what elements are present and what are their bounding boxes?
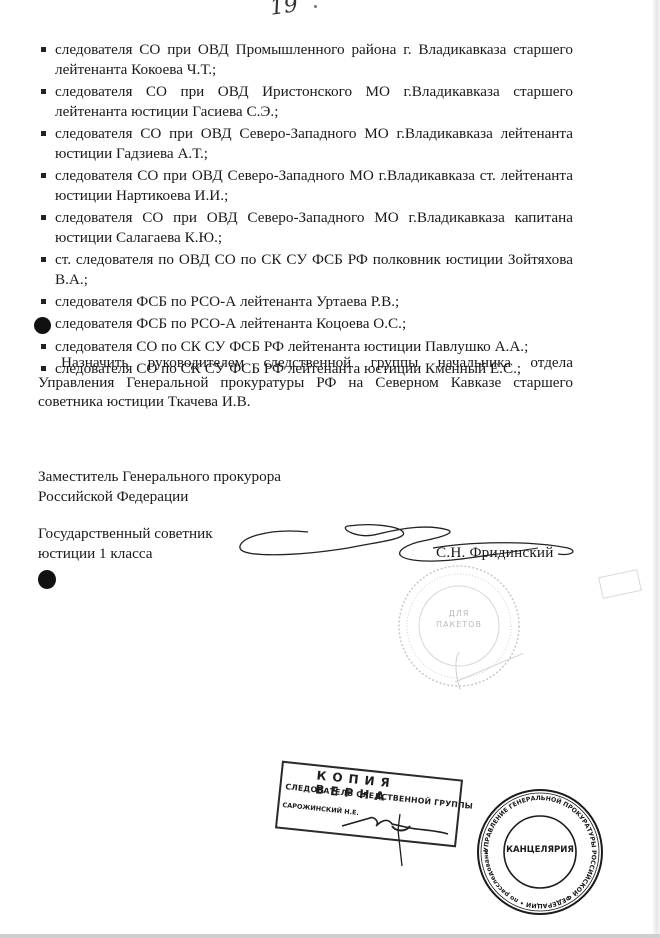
list-item: ст. следователя по ОВД СО по СК СУ ФСБ Р… xyxy=(38,250,573,289)
signatory-rank-line1: Государственный советник xyxy=(38,524,213,544)
bullet-icon xyxy=(41,257,46,262)
handwritten-page-number: 19 xyxy=(268,0,299,21)
signatory-title-line1: Заместитель Генерального прокурора xyxy=(38,467,281,487)
list-item-text: следователя СО при ОВД Северо-Западного … xyxy=(55,209,573,246)
list-item: следователя СО при ОВД Иристонского МО г… xyxy=(38,82,573,121)
signatory-title: Заместитель Генерального прокурора Росси… xyxy=(38,467,281,506)
investigator-list: следователя СО при ОВД Промышленного рай… xyxy=(38,40,573,381)
list-item: следователя ФСБ по РСО-А лейтенанта Коцо… xyxy=(38,314,573,334)
faint-rectangular-mark xyxy=(598,569,642,599)
faint-stamp-text: ДЛЯ ПАКЕТОВ xyxy=(395,608,523,630)
appointment-paragraph: Назначить руководителем следственной гру… xyxy=(38,353,573,412)
list-item-text: следователя СО при ОВД Северо-Западного … xyxy=(55,125,573,162)
list-item: следователя СО при ОВД Северо-Западного … xyxy=(38,208,573,247)
list-item: следователя СО при ОВД Промышленного рай… xyxy=(38,40,573,79)
chancellery-round-stamp: УПРАВЛЕНИЕ ГЕНЕРАЛЬНОЙ ПРОКУРАТУРЫ РОССИ… xyxy=(476,788,604,916)
bullet-icon xyxy=(41,344,46,349)
list-item-text: ст. следователя по ОВД СО по СК СУ ФСБ Р… xyxy=(55,251,573,288)
bullet-icon xyxy=(41,47,46,52)
faint-round-stamp: ДЛЯ ПАКЕТОВ xyxy=(395,562,523,690)
page-edge-shadow xyxy=(652,0,660,938)
bullet-icon xyxy=(41,89,46,94)
list-item: следователя СО при ОВД Северо-Западного … xyxy=(38,124,573,163)
bullet-icon xyxy=(41,299,46,304)
faint-stamp-line1: ДЛЯ xyxy=(395,608,523,619)
bullet-icon xyxy=(41,215,46,220)
punch-hole-mark xyxy=(34,317,51,334)
ink-dot xyxy=(314,5,317,8)
list-item: следователя ФСБ по РСО-А лейтенанта Урта… xyxy=(38,292,573,312)
signatory-title-line2: Российской Федерации xyxy=(38,487,281,507)
signatory-rank: Государственный советник юстиции 1 класс… xyxy=(38,524,213,563)
bullet-icon xyxy=(41,173,46,178)
list-item-text: следователя СО при ОВД Промышленного рай… xyxy=(55,41,573,78)
list-item-text: следователя ФСБ по РСО-А лейтенанта Коцо… xyxy=(55,315,406,332)
round-stamp-center-text: КАНЦЕЛЯРИЯ xyxy=(476,845,604,855)
list-item-text: следователя ФСБ по РСО-А лейтенанта Урта… xyxy=(55,293,399,310)
list-item: следователя СО при ОВД Северо-Западного … xyxy=(38,166,573,205)
list-item-text: следователя СО при ОВД Северо-Западного … xyxy=(55,167,573,204)
punch-hole-mark xyxy=(38,570,56,589)
list-item-text: следователя СО при ОВД Иристонского МО г… xyxy=(55,83,573,120)
faint-stamp-line2: ПАКЕТОВ xyxy=(395,619,523,630)
signatory-name: С.Н. Фридинский xyxy=(436,543,554,563)
copy-stamp-signature xyxy=(340,808,450,868)
bullet-icon xyxy=(41,131,46,136)
page-bottom-edge xyxy=(0,934,660,938)
signatory-rank-line2: юстиции 1 класса xyxy=(38,544,213,564)
